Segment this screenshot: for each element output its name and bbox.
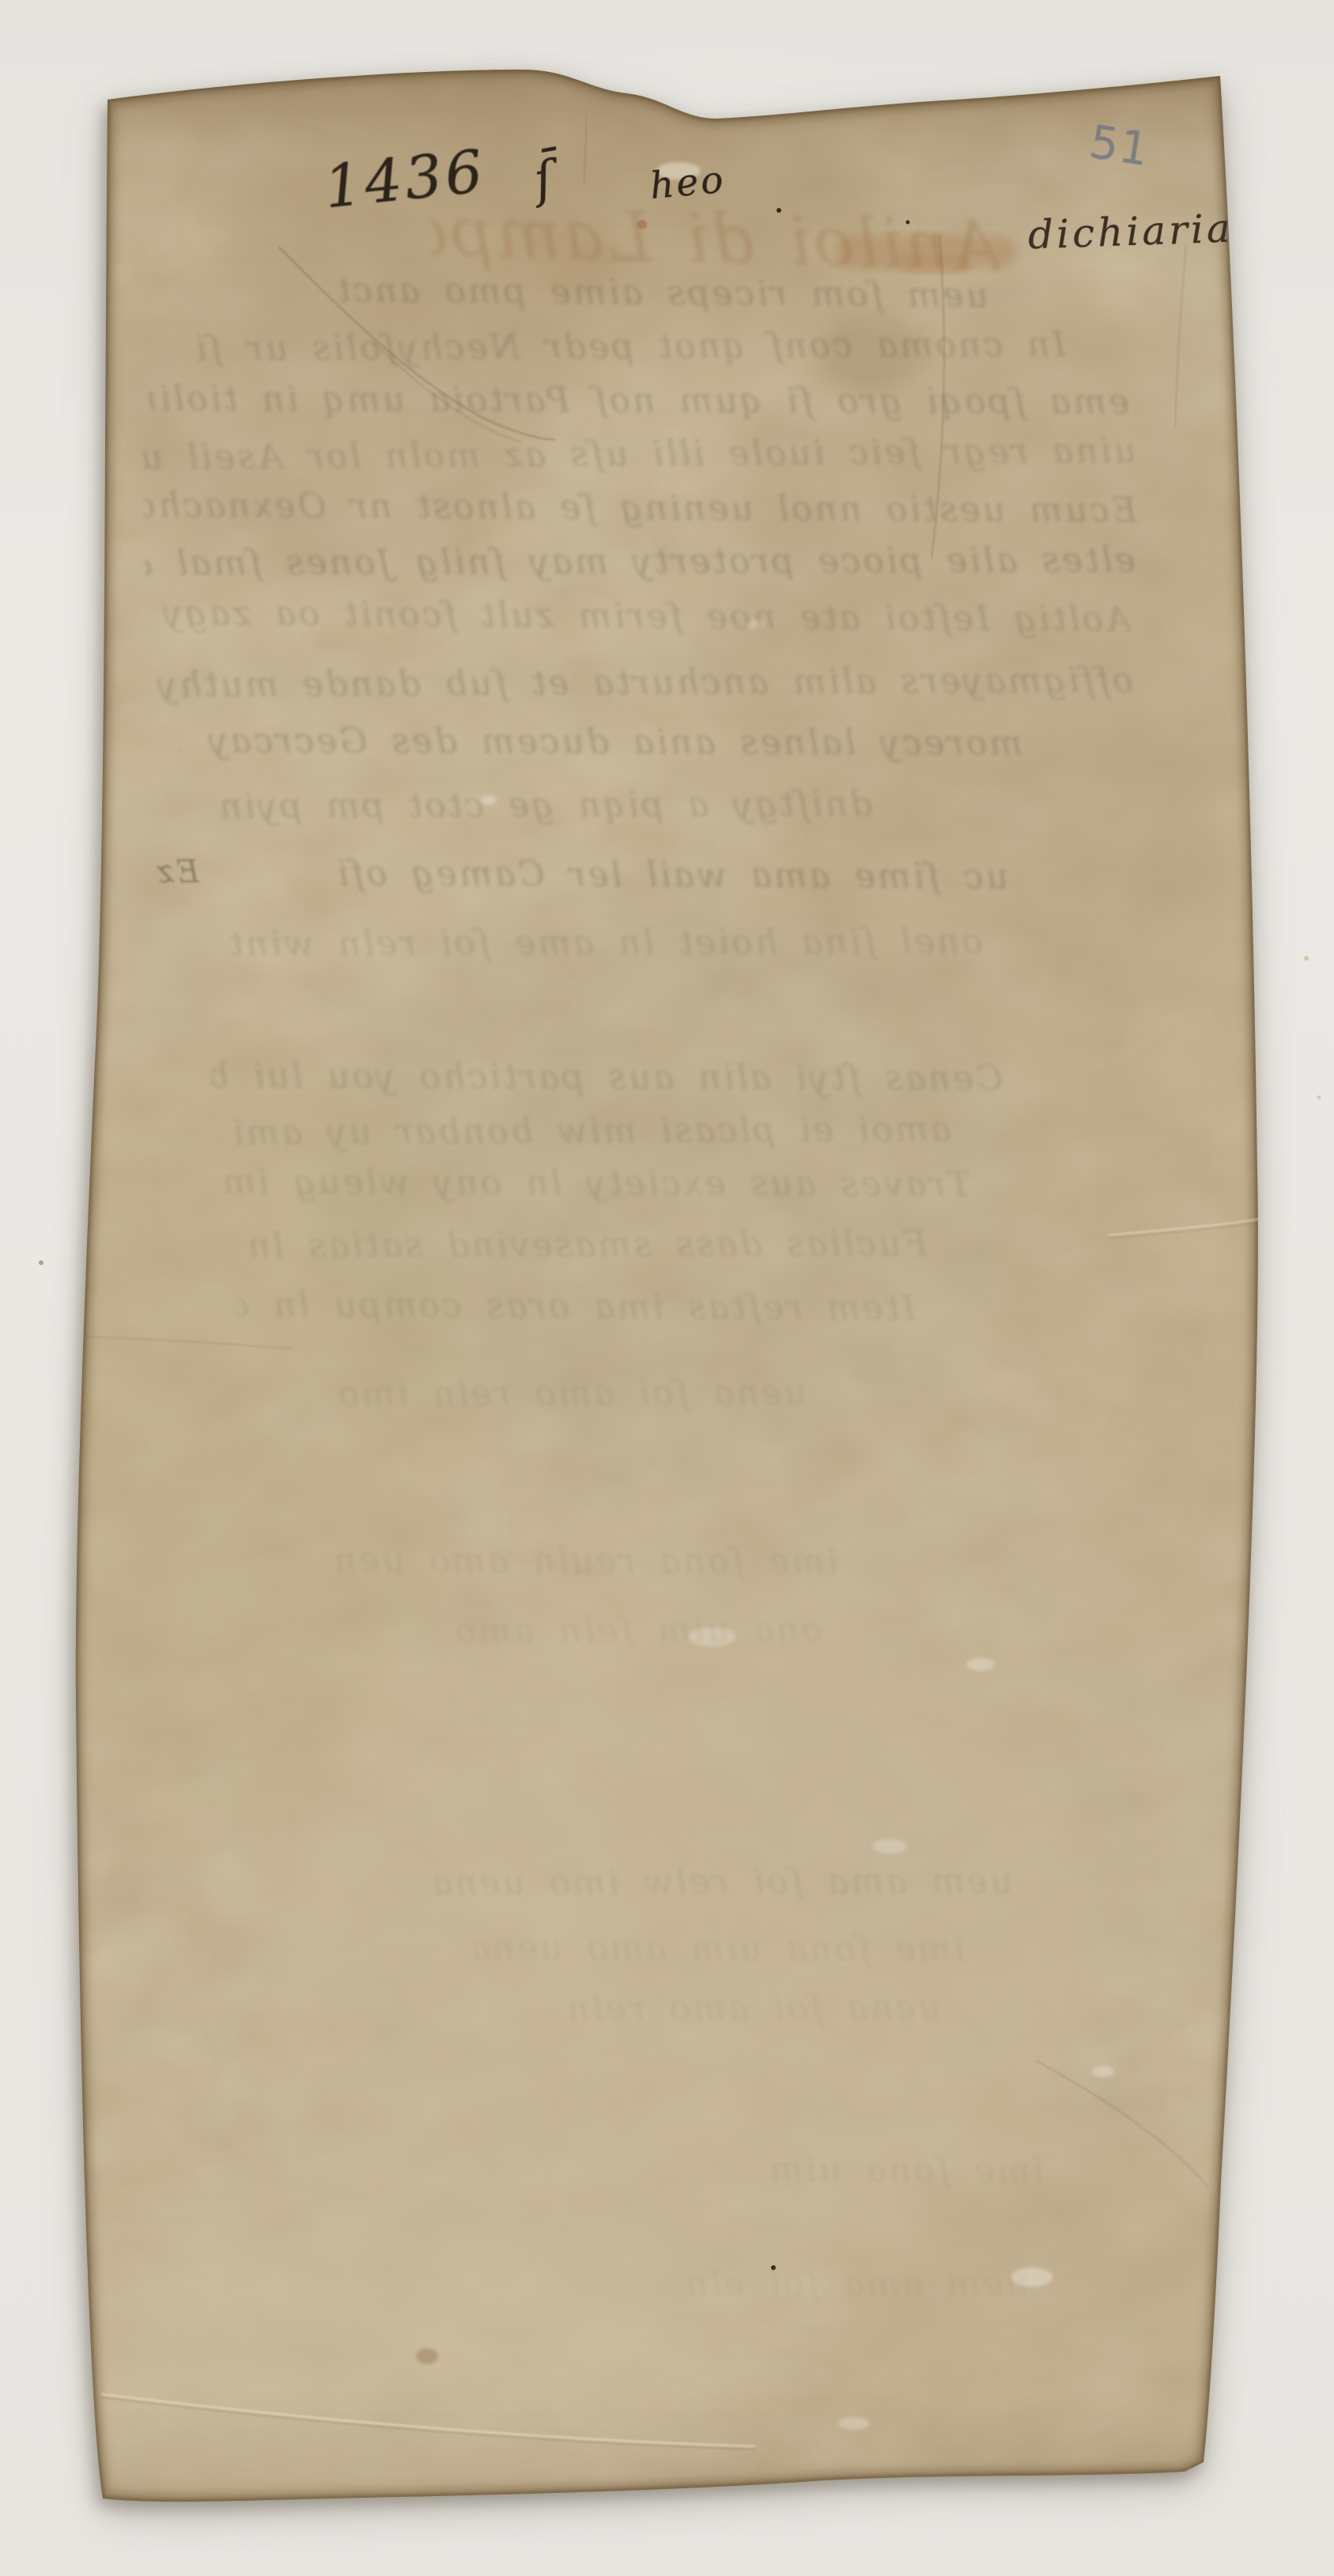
parchment-surface (16, 55, 1313, 2546)
parchment-sheet (0, 0, 1334, 2576)
scan-background: Aniloi di Lampo ei Lyoupiesuem ſom ricep… (0, 0, 1334, 2576)
